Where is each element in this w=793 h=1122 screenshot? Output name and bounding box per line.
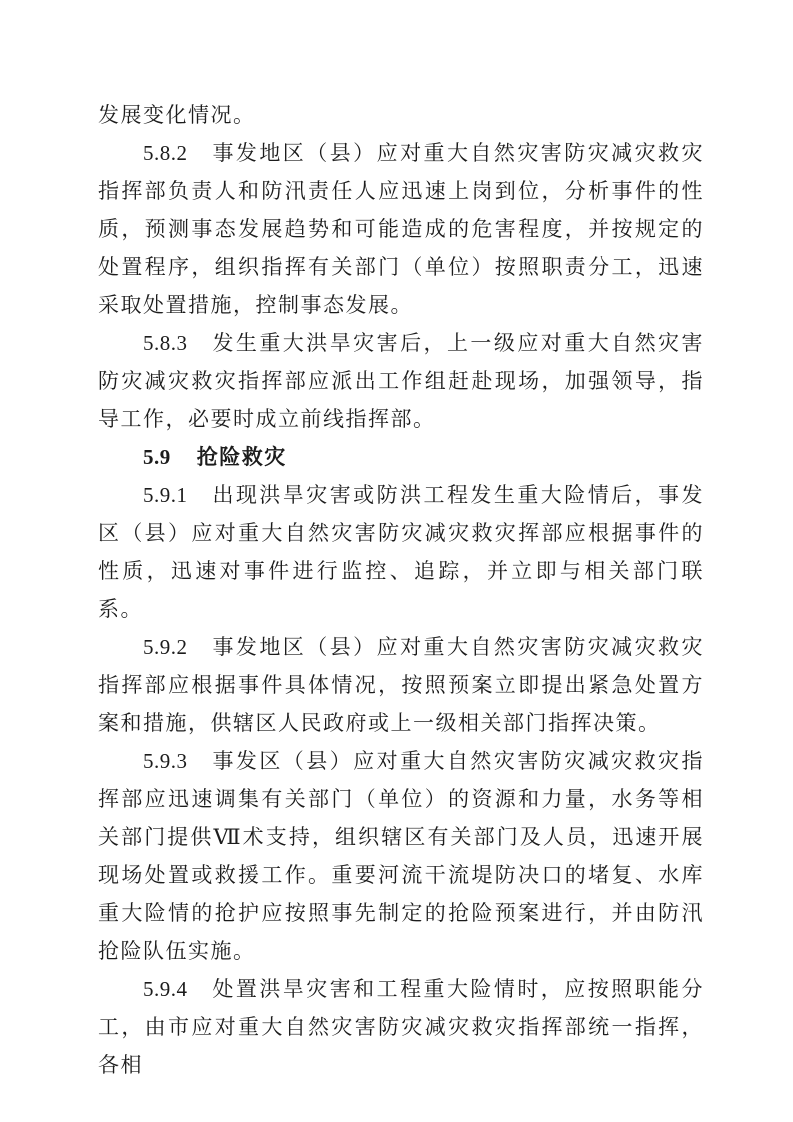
- section-number: 5.9.1: [143, 483, 188, 507]
- section-number: 5.9.3: [143, 749, 188, 773]
- paragraph-text: 事发地区（县）应对重大自然灾害防灾减灾救灾指挥部负责人和防汛责任人应迅速上岗到位…: [98, 141, 704, 317]
- paragraph-text: 事发区（县）应对重大自然灾害防灾减灾救灾指挥部应迅速调集有关部门（单位）的资源和…: [98, 749, 704, 963]
- heading-text: 抢险救灾: [197, 445, 287, 469]
- paragraph-5-9-4: 5.9.4处置洪旱灾害和工程重大险情时，应按照职能分工，由市应对重大自然灾害防灾…: [98, 970, 704, 1084]
- section-number: 5.9.4: [143, 977, 188, 1001]
- document-page: 发展变化情况。 5.8.2事发地区（县）应对重大自然灾害防灾减灾救灾指挥部负责人…: [0, 0, 793, 1122]
- paragraph-text: 发展变化情况。: [98, 103, 256, 127]
- paragraph-continuation: 发展变化情况。: [98, 96, 704, 134]
- paragraph-text: 出现洪旱灾害或防洪工程发生重大险情后，事发区（县）应对重大自然灾害防灾减灾救灾挥…: [98, 483, 704, 621]
- paragraph-text: 处置洪旱灾害和工程重大险情时，应按照职能分工，由市应对重大自然灾害防灾减灾救灾指…: [98, 977, 704, 1077]
- section-number: 5.8.2: [143, 141, 188, 165]
- paragraph-text: 事发地区（县）应对重大自然灾害防灾减灾救灾指挥部应根据事件具体情况，按照预案立即…: [98, 635, 704, 735]
- paragraph-5-9-1: 5.9.1出现洪旱灾害或防洪工程发生重大险情后，事发区（县）应对重大自然灾害防灾…: [98, 476, 704, 628]
- text-column: 发展变化情况。 5.8.2事发地区（县）应对重大自然灾害防灾减灾救灾指挥部负责人…: [98, 96, 704, 1084]
- paragraph-5-8-3: 5.8.3发生重大洪旱灾害后，上一级应对重大自然灾害防灾减灾救灾指挥部应派出工作…: [98, 324, 704, 438]
- section-number: 5.9: [143, 445, 171, 469]
- paragraph-5-9-2: 5.9.2事发地区（县）应对重大自然灾害防灾减灾救灾指挥部应根据事件具体情况，按…: [98, 628, 704, 742]
- section-number: 5.8.3: [143, 331, 188, 355]
- paragraph-5-8-2: 5.8.2事发地区（县）应对重大自然灾害防灾减灾救灾指挥部负责人和防汛责任人应迅…: [98, 134, 704, 324]
- paragraph-text: 发生重大洪旱灾害后，上一级应对重大自然灾害防灾减灾救灾指挥部应派出工作组赶赴现场…: [98, 331, 704, 431]
- section-heading-5-9: 5.9抢险救灾: [98, 438, 704, 476]
- section-number: 5.9.2: [143, 635, 188, 659]
- paragraph-5-9-3: 5.9.3事发区（县）应对重大自然灾害防灾减灾救灾指挥部应迅速调集有关部门（单位…: [98, 742, 704, 970]
